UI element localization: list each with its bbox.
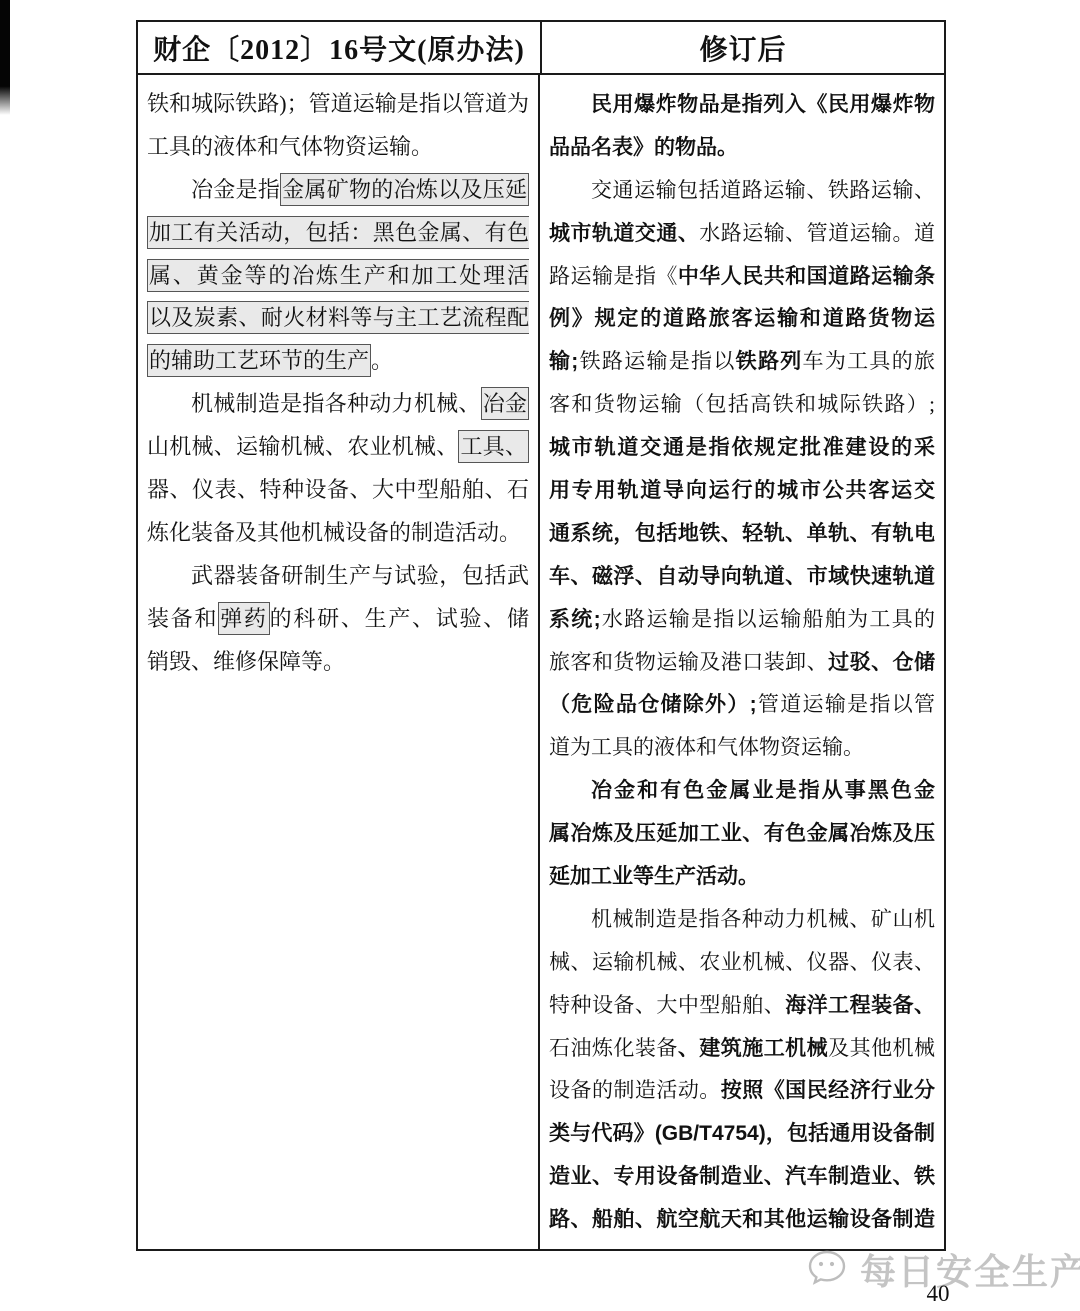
text-segment: 炼化装备及其他机械设备的制造活动。 (147, 520, 521, 545)
text-line: 销毁、维修保障等。 (147, 641, 529, 684)
inserted-text: 例》规定的道路旅客运输和道路货物运 (549, 307, 935, 330)
text-line: 机械制造是指各种动力机械、矿山机 (549, 898, 935, 941)
deleted-text-box: 属、黄金等的冶炼生产和加工处理活动， (147, 259, 529, 298)
inserted-text: 民用爆炸物品是指列入《民用爆炸物 (591, 93, 935, 116)
deleted-text-box: 弹药 (218, 602, 269, 635)
inserted-text: 系统; (549, 608, 601, 631)
text-line: 属冶炼及压延加工业、有色金属冶炼及压 (549, 812, 935, 855)
text-segment: 水路运输、管道运输。道 (699, 221, 935, 245)
inserted-text: 属冶炼及压延加工业、有色金属冶炼及压 (549, 822, 935, 845)
inserted-text: 城市轨道交通、 (549, 222, 699, 245)
text-segment: 武器装备研制生产与试验，包括武器 (191, 563, 529, 598)
deleted-text-box: 以及炭素、耐火材料等与主工艺流程配套 (147, 301, 529, 340)
text-segment: 石油炼化装备 (549, 1036, 678, 1060)
inserted-text: 路、船舶、航空航天和其他运输设备制造 (549, 1208, 935, 1231)
deleted-text-box: 金属矿物的冶炼以及压延 (280, 173, 529, 206)
text-line: 系统;水路运输是指以运输船舶为工具的 (549, 598, 935, 641)
text-line: 例》规定的道路旅客运输和道路货物运 (549, 297, 935, 340)
text-line: 设备的制造活动。按照《国民经济行业分 (549, 1069, 935, 1112)
scan-edge-artifact (0, 0, 10, 115)
inserted-text: 、建筑施工机械 (678, 1037, 828, 1060)
text-line: 城市轨道交通是指依规定批准建设的采 (549, 426, 935, 469)
text-line: 属、黄金等的冶炼生产和加工处理活动， (147, 255, 529, 298)
text-segment: 器、仪表、特种设备、大中型船舶、石油 (147, 477, 529, 512)
watermark-text: 每日安全生产 (860, 1244, 1080, 1295)
text-segment: 道为工具的液体和气体物资运输。 (549, 735, 864, 759)
text-line: 品品名表》的物品。 (549, 126, 935, 169)
inserted-text: 造业、专用设备制造业、汽车制造业、铁 (549, 1165, 935, 1188)
column-header-revised: 修订后 (542, 22, 944, 73)
text-segment: 铁和城际铁路)；管道运输是指以管道为 (147, 91, 529, 116)
text-segment: 销毁、维修保障等。 (147, 649, 345, 674)
text-segment: 客和货物运输（包括高铁和城际铁路）; (549, 392, 935, 416)
text-line: 旅客和货物运输及港口装卸、过驳、仓储 (549, 641, 935, 684)
text-segment: 水路运输是指以运输船舶为工具的 (601, 607, 935, 631)
inserted-text: 车、磁浮、自动导向轨道、市域快速轨道 (549, 565, 935, 588)
comparison-table: 财企〔2012〕16号文(原办法) 修订后 铁和城际铁路)；管道运输是指以管道为… (136, 20, 946, 1251)
column-header-original: 财企〔2012〕16号文(原办法) (138, 22, 542, 73)
text-line: 客和货物运输（包括高铁和城际铁路）; (549, 383, 935, 426)
inserted-text: 海洋工程装备、 (785, 994, 935, 1017)
inserted-text: 品品名表》的物品。 (549, 136, 738, 159)
inserted-text: 类与代码》(GB/T4754)，包括通用设备制 (549, 1122, 935, 1145)
text-segment: 工具的液体和气体物资运输。 (147, 134, 433, 159)
text-line: 造业、专用设备制造业、汽车制造业、铁 (549, 1155, 935, 1198)
text-line: 路、船舶、航空航天和其他运输设备制造 (549, 1198, 935, 1241)
deleted-text-box: 的辅助工艺环节的生产 (147, 344, 371, 377)
text-segment: 车为工具的旅 (803, 349, 935, 373)
text-line: 交通运输包括道路运输、铁路运输、 (549, 169, 935, 212)
text-line: 延加工业等生产活动。 (549, 855, 935, 898)
revised-column-cell: 民用爆炸物品是指列入《民用爆炸物品品名表》的物品。交通运输包括道路运输、铁路运输… (540, 75, 944, 1249)
original-column-cell: 铁和城际铁路)；管道运输是指以管道为工具的液体和气体物资运输。冶金是指金属矿物的… (138, 75, 540, 1249)
text-line: 类与代码》(GB/T4754)，包括通用设备制 (549, 1112, 935, 1155)
text-line: 械、运输机械、农业机械、仪器、仪表、 (549, 941, 935, 984)
text-line: 以及炭素、耐火材料等与主工艺流程配套 (147, 297, 529, 340)
inserted-text: 铁路列 (736, 350, 803, 373)
text-line: 机械制造是指各种动力机械、冶金矿 (147, 383, 529, 426)
text-line: 冶金和有色金属业是指从事黑色金 (549, 769, 935, 812)
text-line: 通系统，包括地铁、轻轨、单轨、有轨电 (549, 512, 935, 555)
text-segment: 冶金是指 (191, 177, 280, 202)
text-line: 道为工具的液体和气体物资运输。 (549, 726, 935, 769)
text-line: 器、仪表、特种设备、大中型船舶、石油 (147, 469, 529, 512)
text-segment: 山机械、运输机械、农业机械、 (147, 434, 458, 459)
text-segment: 机械制造是指各种动力机械、 (191, 391, 481, 416)
text-segment: 。 (371, 348, 393, 373)
text-segment: 机械制造是指各种动力机械、矿山机 (591, 907, 935, 931)
text-line: 特种设备、大中型船舶、海洋工程装备、 (549, 984, 935, 1027)
text-segment: 路运输是指《 (549, 264, 678, 288)
table-header-row: 财企〔2012〕16号文(原办法) 修订后 (138, 22, 944, 75)
text-segment: 铁路运输是指以 (578, 349, 735, 373)
inserted-text: （危险品仓储除外）; (549, 693, 757, 716)
text-line: 车、磁浮、自动导向轨道、市域快速轨道 (549, 555, 935, 598)
inserted-text: 通系统，包括地铁、轻轨、单轨、有轨电 (549, 522, 935, 545)
text-segment: 及其他机械 (828, 1036, 935, 1060)
text-segment: 旅客和货物运输及港口装卸、 (549, 650, 828, 674)
text-line: （危险品仓储除外）;管道运输是指以管 (549, 683, 935, 726)
text-segment: 特种设备、大中型船舶、 (549, 993, 785, 1017)
table-body-row: 铁和城际铁路)；管道运输是指以管道为工具的液体和气体物资运输。冶金是指金属矿物的… (138, 75, 944, 1249)
inserted-text: 用专用轨道导向运行的城市公共客运交 (549, 479, 935, 502)
text-segment: 装备和 (147, 606, 218, 631)
text-line: 铁和城际铁路)；管道运输是指以管道为 (147, 83, 529, 126)
text-line: 石油炼化装备、建筑施工机械及其他机械 (549, 1027, 935, 1070)
text-segment: 械、运输机械、农业机械、仪器、仪表、 (549, 950, 935, 974)
inserted-text: 冶金和有色金属业是指从事黑色金 (591, 779, 935, 802)
wechat-chat-bubble-icon (808, 1249, 852, 1289)
text-line: 输;铁路运输是指以铁路列车为工具的旅 (549, 340, 935, 383)
deleted-text-box: 加工有关活动，包括：黑色金属、有色金 (147, 216, 529, 255)
document-page: 财企〔2012〕16号文(原办法) 修订后 铁和城际铁路)；管道运输是指以管道为… (0, 0, 1080, 1311)
deleted-text-box: 工具、 (458, 430, 529, 463)
text-line: 城市轨道交通、水路运输、管道运输。道 (549, 212, 935, 255)
text-line: 加工有关活动，包括：黑色金属、有色金 (147, 212, 529, 255)
text-line: 用专用轨道导向运行的城市公共客运交 (549, 469, 935, 512)
deleted-text-box: 冶金 (481, 387, 529, 420)
text-line: 冶金是指金属矿物的冶炼以及压延 (147, 169, 529, 212)
inserted-text: 输; (549, 350, 578, 373)
text-line: 炼化装备及其他机械设备的制造活动。 (147, 512, 529, 555)
inserted-text: 过驳、仓储 (828, 651, 935, 674)
inserted-text: 中华人民共和国道路运输条 (678, 265, 935, 288)
inserted-text: 按照《国民经济行业分 (721, 1079, 935, 1102)
page-number: 40 (918, 1281, 958, 1307)
text-line: 装备和弹药的科研、生产、试验、储运、 (147, 598, 529, 641)
text-line: 的辅助工艺环节的生产。 (147, 340, 529, 383)
text-line: 路运输是指《中华人民共和国道路运输条 (549, 255, 935, 298)
text-segment: 设备的制造活动。 (549, 1078, 721, 1102)
text-line: 山机械、运输机械、农业机械、工具、仪 (147, 426, 529, 469)
text-line: 工具的液体和气体物资运输。 (147, 126, 529, 169)
text-line: 民用爆炸物品是指列入《民用爆炸物 (549, 83, 935, 126)
inserted-text: 延加工业等生产活动。 (549, 865, 759, 888)
text-segment: 交通运输包括道路运输、铁路运输、 (591, 178, 935, 202)
inserted-text: 城市轨道交通是指依规定批准建设的采 (549, 436, 935, 459)
text-segment: 管道运输是指以管 (757, 692, 935, 716)
text-line: 武器装备研制生产与试验，包括武器 (147, 555, 529, 598)
